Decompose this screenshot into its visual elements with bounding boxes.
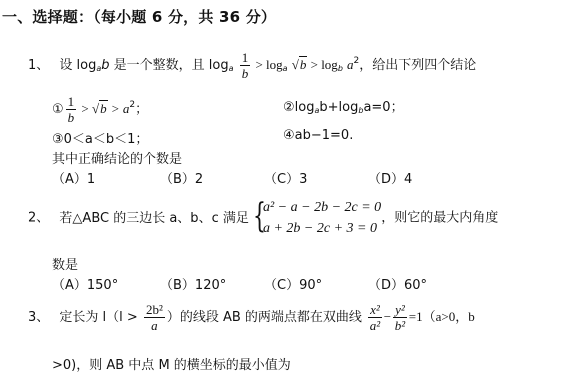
conclusion-2: ②logab+logba=0； (283, 96, 404, 115)
q1-option-a[interactable]: （A）1 (52, 168, 95, 187)
fraction-2b2-over-a: 2b²a (144, 302, 165, 333)
q2-option-c[interactable]: （C）90° (264, 274, 322, 293)
question-number: 3、 (28, 310, 49, 325)
question-number: 1、 (28, 58, 49, 73)
q2-option-d[interactable]: （D）60° (368, 274, 427, 293)
conclusion-3: ③0＜a＜b＜1； (52, 128, 148, 147)
section-heading: 一、选择题：（每小题 6 分，共 36 分） (2, 6, 276, 27)
question-1-prompt: 其中正确结论的个数是 (52, 148, 182, 167)
conclusion-1: ①1b > √b > a2； (52, 94, 148, 125)
question-2-stem: 2、 若△ABC 的三边长 a、b、c 满足 { a² − a − 2b − 2… (28, 197, 498, 239)
fraction-one-over-b: 1b (240, 50, 251, 81)
sqrt-b: √b (292, 56, 308, 72)
q1-option-c[interactable]: （C）3 (264, 168, 307, 187)
fraction-x2-over-a2: x²a² (368, 302, 382, 333)
fraction-y2-over-b2: y²b² (393, 302, 407, 333)
q2-option-a[interactable]: （A）150° (52, 274, 118, 293)
question-1-stem: 1、 设 logab 是一个整数，且 loga 1b > loga √b > l… (28, 50, 476, 81)
q1-option-d[interactable]: （D）4 (368, 168, 412, 187)
question-number: 2、 (28, 211, 49, 226)
conclusion-4: ④ab−1=0. (283, 128, 353, 143)
question-2-cont: 数是 (52, 254, 78, 273)
q2-option-b[interactable]: （B）120° (160, 274, 226, 293)
equation-system: { a² − a − 2b − 2c = 0 a + 2b − 2c + 3 =… (253, 197, 381, 239)
question-3-cont: >0)，则 AB 中点 M 的横坐标的最小值为 (52, 354, 291, 373)
q1-option-b[interactable]: （B）2 (160, 168, 203, 187)
question-3-stem: 3、 定长为 l（l > 2b²a）的线段 AB 的两端点都在双曲线 x²a²−… (28, 302, 475, 333)
